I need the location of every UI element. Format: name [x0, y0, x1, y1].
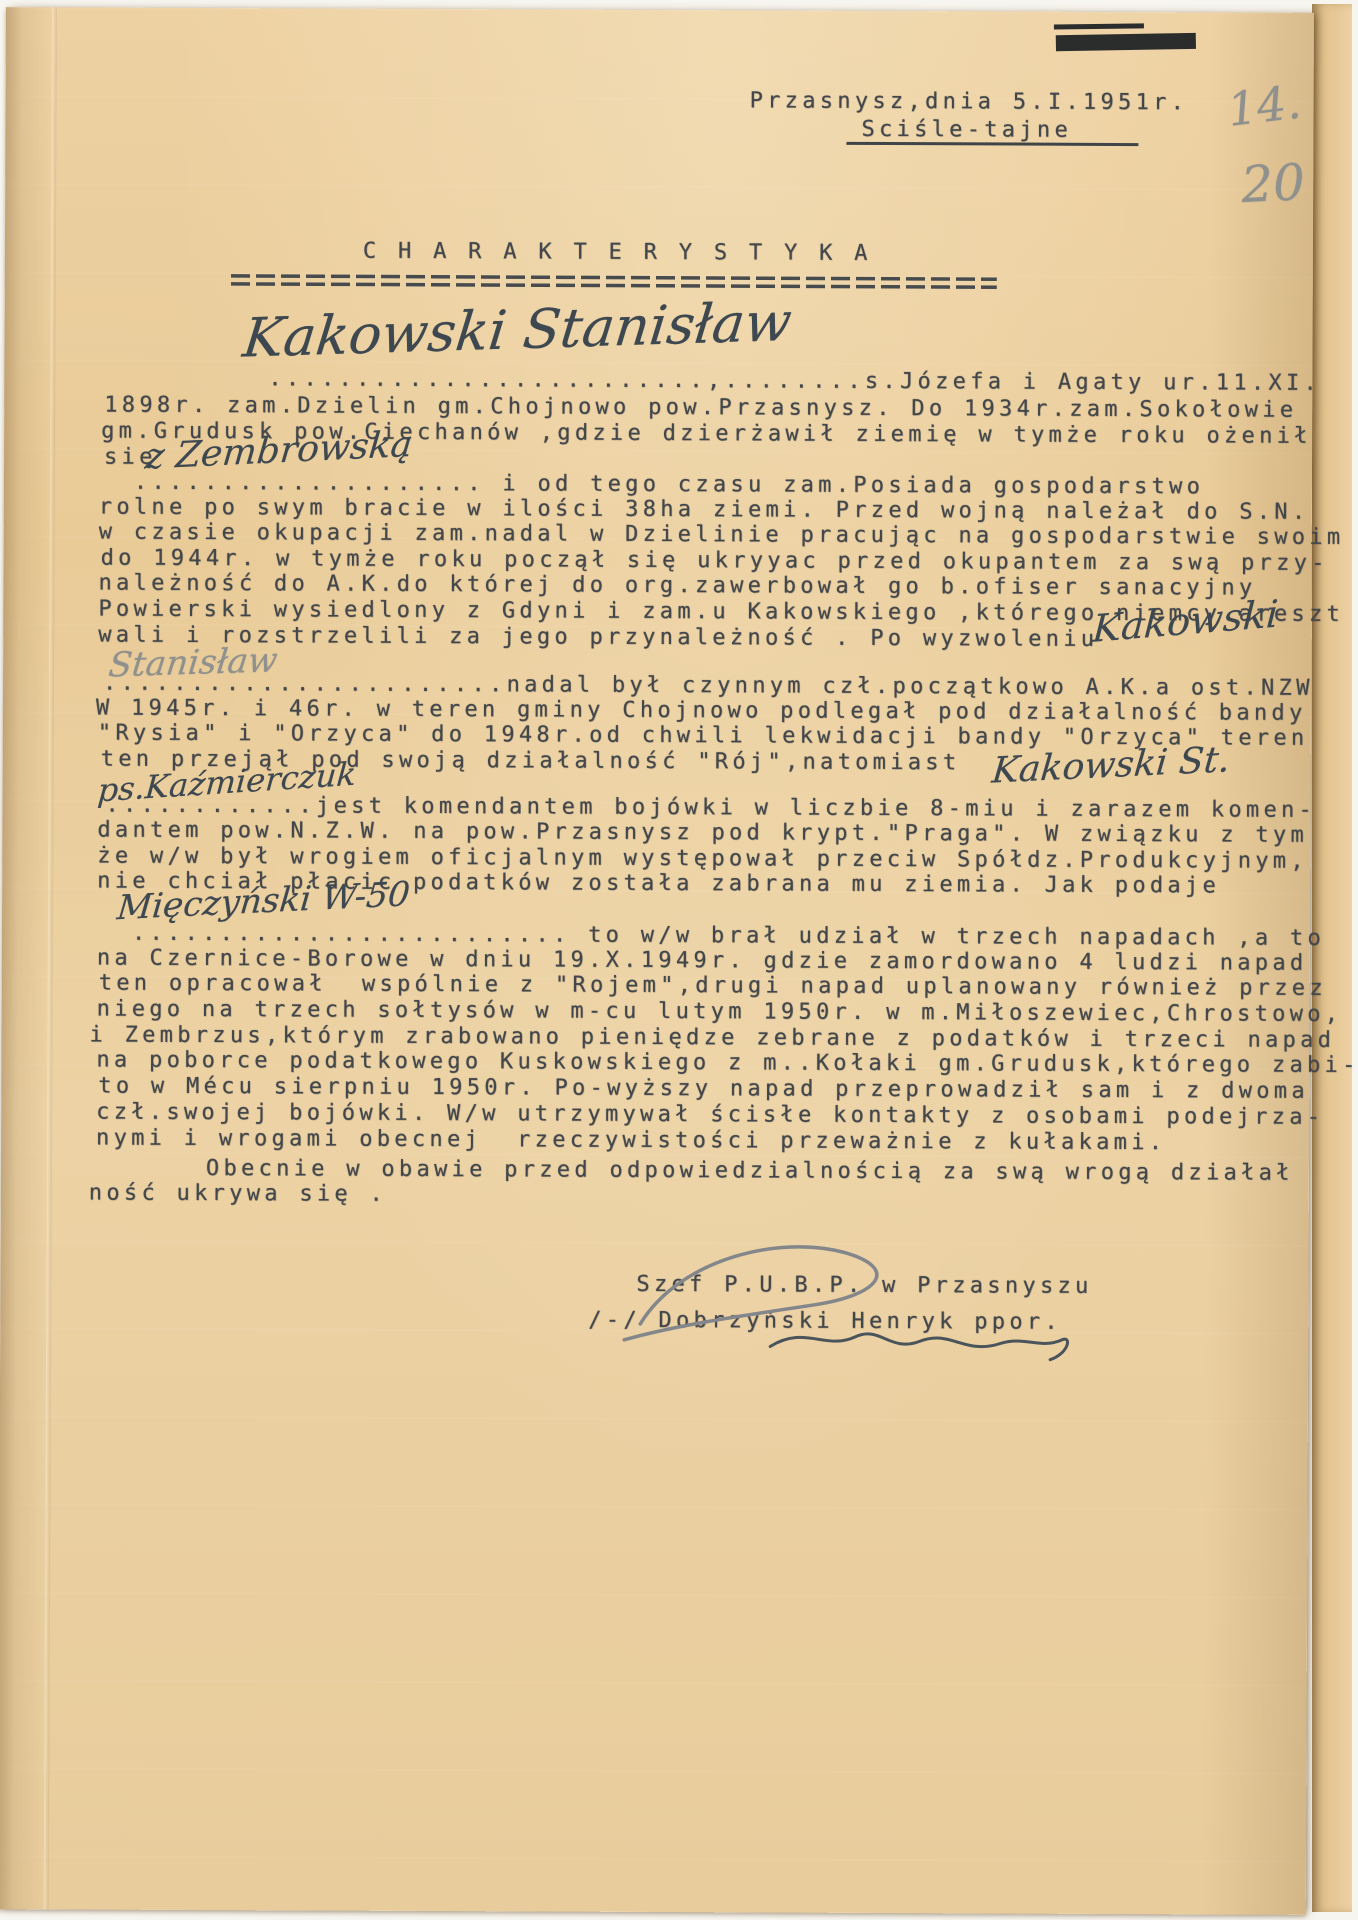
document-title: C H A R A K T E R Y S T Y K A: [363, 239, 872, 267]
classification-label: Sciśle-tajne: [861, 117, 1072, 144]
classification-underline: [846, 142, 1138, 146]
document-page: Przasnysz,dnia 5.I.1951r. Sciśle-tajne 1…: [0, 7, 1314, 1915]
fold-crease: [44, 7, 57, 1909]
handwritten-annotations: Kakowski Stanisławz ZembrowskąKakowskiSt…: [6, 7, 1314, 13]
handwritten-annotation: Kakowski Stanisław: [240, 295, 794, 366]
ink-mark: [1056, 33, 1196, 51]
handwritten-annotation: z Zembrowską: [144, 427, 414, 476]
title-double-rule: [231, 274, 997, 290]
typed-line: .........................,........s.Józe…: [268, 366, 1321, 397]
ink-mark: [1054, 23, 1144, 29]
pencil-page-number-top: 14.: [1225, 78, 1303, 132]
pencil-page-number-bottom: 20: [1240, 157, 1306, 210]
typed-line: nymi i wrogami obecnej rzeczywistości pr…: [96, 1126, 1166, 1157]
underlying-page-edge: er:imrutwtluwstzikiz-aodidzy-dylieMacciż…: [1312, 4, 1352, 1912]
handwritten-signature: [610, 1228, 1081, 1370]
body-text: .........................,........s.Józe…: [6, 7, 1314, 13]
handwritten-annotation: Stanisław: [107, 643, 279, 682]
document-scan: er:imrutwtluwstzikiz-aodidzy-dylieMacciż…: [0, 0, 1358, 1920]
typed-line: ność ukrywa się .: [89, 1181, 387, 1208]
handwritten-annotation: Kakowski St.: [990, 742, 1231, 789]
date-line: Przasnysz,dnia 5.I.1951r.: [750, 88, 1189, 116]
